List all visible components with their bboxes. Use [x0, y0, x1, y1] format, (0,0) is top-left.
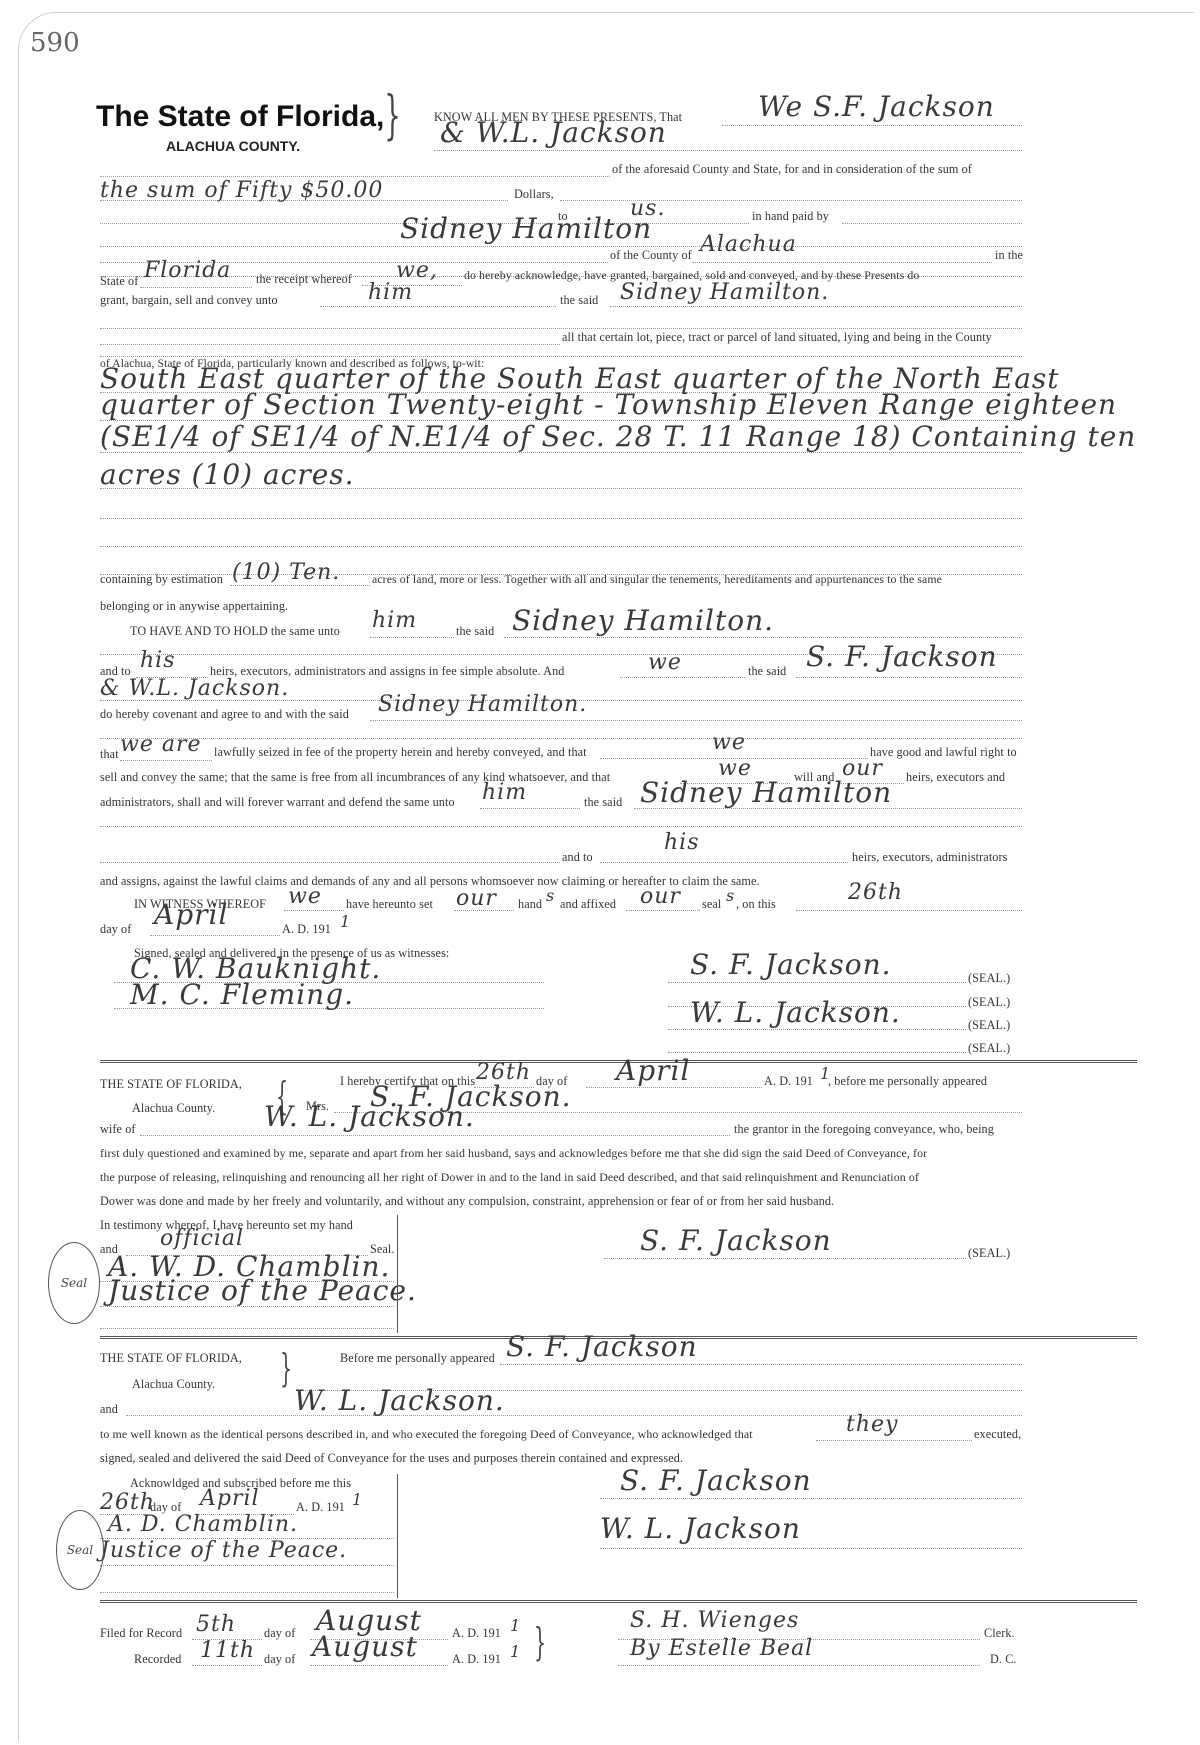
ack-person-1: S. F. Jackson	[506, 1330, 698, 1363]
line	[100, 328, 1022, 329]
signature-line-1	[668, 982, 966, 983]
line	[100, 862, 560, 863]
certify-month: April	[616, 1054, 690, 1087]
ack-officer: A. D. Chamblin.	[108, 1512, 298, 1537]
line	[626, 910, 700, 911]
clerk-name: S. H. Wienges	[630, 1608, 799, 1633]
legal-description-line-2: quarter of Section Twenty-eight - Townsh…	[100, 388, 1117, 421]
on-this-label: , on this	[736, 897, 776, 912]
filed-day: 5th	[196, 1612, 236, 1637]
recorded-year: 1	[510, 1642, 521, 1661]
ack-bracket	[397, 1474, 398, 1598]
ack-justice-seal-stamp: Seal	[56, 1510, 104, 1590]
filed-label: Filed for Record	[100, 1626, 182, 1641]
ack-month: April	[200, 1486, 260, 1511]
well-known-text: to me well known as the identical person…	[100, 1427, 753, 1442]
line	[150, 935, 280, 936]
line	[796, 677, 1022, 678]
recorded-label: Recorded	[134, 1652, 182, 1667]
line	[100, 1592, 394, 1593]
legal-description-line-4: acres (10) acres.	[100, 458, 355, 491]
grantor-handwritten-1: We S.F. Jackson	[758, 90, 995, 123]
ack-person-2: W. L. Jackson.	[294, 1384, 505, 1417]
ack-county: Alachua County.	[132, 1377, 215, 1392]
seal-2: (SEAL.)	[968, 995, 1010, 1010]
county-label: of the County of	[610, 248, 692, 263]
belonging-text: belonging or in anywise appertaining.	[100, 599, 288, 614]
ack-signed-text: signed, sealed and delivered the said De…	[100, 1451, 683, 1466]
clerk-label: Clerk.	[984, 1626, 1015, 1641]
witness-year: 1	[340, 912, 351, 931]
ack-signature-line-2	[600, 1548, 1022, 1549]
filed-day-of: day of	[264, 1626, 295, 1641]
ack-year: 1	[352, 1490, 363, 1509]
ack-signature-line-1	[600, 1498, 1022, 1499]
witness-day: 26th	[848, 880, 903, 905]
dower-signature: S. F. Jackson	[640, 1224, 832, 1257]
hand-value: s	[546, 886, 555, 905]
state-label: State of	[100, 274, 138, 289]
dower-para-1: first duly questioned and examined by me…	[100, 1146, 927, 1161]
dower-county: Alachua County.	[132, 1101, 215, 1116]
grantee-name: Sidney Hamilton	[400, 212, 652, 245]
receipt-label: the receipt whereof	[256, 272, 352, 287]
line	[100, 518, 1022, 519]
grantor-name-1: S. F. Jackson	[806, 640, 998, 673]
hand-label: hand	[518, 897, 542, 912]
day-of-label: day of	[100, 922, 131, 937]
signature-2: W. L. Jackson.	[690, 996, 901, 1029]
said-label: the said	[748, 664, 786, 679]
acres-text: acres of land, more or less. Together wi…	[372, 572, 942, 587]
sell-text: sell and convey the same; that the same …	[100, 770, 610, 785]
seal-3: (SEAL.)	[968, 1018, 1010, 1033]
line	[100, 1565, 394, 1566]
dower-state: THE STATE OF FLORIDA,	[100, 1077, 242, 1092]
line	[140, 1135, 730, 1136]
county-value: Alachua	[700, 232, 797, 257]
admin-text: administrators, shall and will forever w…	[100, 795, 455, 810]
line	[100, 738, 1022, 739]
line	[370, 637, 454, 638]
line	[610, 306, 1022, 307]
covenant-text: do hereby covenant and agree to and with…	[100, 707, 349, 722]
aforesaid-text: of the aforesaid County and State, for a…	[612, 162, 972, 177]
legal-description-line-3: (SE1/4 of SE1/4 of N.E1/4 of Sec. 28 T. …	[100, 420, 1136, 453]
state-value: Florida	[144, 258, 231, 283]
ack-signature-1: S. F. Jackson	[620, 1464, 812, 1497]
wife-of-value: W. L. Jackson.	[264, 1100, 475, 1133]
deputy-name: By Estelle Beal	[630, 1636, 813, 1661]
have-good-text: have good and lawful right to	[870, 745, 1017, 760]
grantee-said-value: Sidney Hamilton.	[620, 280, 829, 305]
heirs-exec-text: heirs, executors and	[906, 770, 1005, 785]
line	[816, 1440, 972, 1441]
seized-value: we	[712, 730, 746, 755]
recorded-day: 11th	[200, 1638, 255, 1663]
ack-state: THE STATE OF FLORIDA,	[100, 1351, 242, 1366]
line	[504, 637, 1022, 638]
and-value: we	[648, 650, 682, 675]
document-title: The State of Florida,	[96, 100, 384, 134]
line	[230, 585, 370, 586]
grantor-text: the grantor in the foregoing conveyance,…	[734, 1122, 994, 1137]
signature-line-3	[668, 1029, 966, 1030]
that-value: we are	[120, 732, 202, 757]
dower-para-2: the purpose of releasing, relinquishing …	[100, 1170, 919, 1185]
recorded-month: August	[312, 1630, 418, 1663]
deputy-label: D. C.	[990, 1652, 1017, 1667]
containing-value: (10) Ten.	[232, 560, 340, 585]
and-to-2-value: his	[664, 830, 700, 855]
to-have-value: him	[372, 608, 417, 633]
seized-text: lawfully seized in fee of the property h…	[214, 745, 587, 760]
line	[192, 1665, 262, 1666]
filed-ad-label: A. D. 191	[452, 1626, 501, 1641]
set-label: have hereunto set	[346, 897, 433, 912]
covenant-value: Sidney Hamilton.	[378, 692, 587, 717]
whereof-value: we	[288, 884, 322, 909]
executed-label: executed,	[974, 1427, 1021, 1442]
section-divider	[100, 1600, 1137, 1606]
and-label: and	[100, 1402, 118, 1417]
grant-label: grant, bargain, sell and convey unto	[100, 293, 278, 308]
line	[310, 1665, 448, 1666]
admin-value: him	[482, 780, 527, 805]
grantor-line-2	[434, 150, 1022, 151]
lot-text: all that certain lot, piece, tract or pa…	[562, 330, 992, 345]
line	[100, 546, 1022, 547]
grantor-handwritten-2: & W.L. Jackson	[440, 116, 667, 149]
containing-label: containing by estimation	[100, 572, 223, 587]
line	[100, 1328, 394, 1329]
ack-officer-title: Justice of the Peace.	[100, 1538, 347, 1563]
in-the-text: in the	[995, 248, 1023, 263]
ack-ad-label: A. D. 191	[296, 1500, 345, 1515]
line	[370, 720, 1022, 721]
that-label: that	[100, 747, 119, 762]
line	[500, 1364, 1022, 1365]
line	[120, 760, 212, 761]
grantee-name: Sidney Hamilton.	[512, 604, 774, 637]
line	[842, 223, 1022, 224]
seal-4: (SEAL.)	[968, 1041, 1010, 1056]
ack-brace: }	[280, 1346, 292, 1390]
justice-seal-stamp: Seal	[48, 1242, 100, 1324]
dower-bracket	[397, 1215, 398, 1333]
line	[100, 826, 1022, 827]
recorded-ad-label: A. D. 191	[452, 1652, 501, 1667]
affixed-label: and affixed	[560, 897, 616, 912]
heirs-exec-admin: heirs, executors, administrators	[852, 850, 1008, 865]
officer-title: Justice of the Peace.	[108, 1274, 417, 1307]
signature-line-4	[668, 1052, 966, 1053]
line	[480, 808, 580, 809]
witness-2: M. C. Fleming.	[130, 978, 354, 1011]
they-value: they	[846, 1412, 898, 1437]
dower-para-3: Dower was done and made by her freely an…	[100, 1194, 834, 1209]
wife-of-label: wife of	[100, 1122, 136, 1137]
line	[796, 910, 1022, 911]
ack-signature-2: W. L. Jackson	[600, 1512, 801, 1545]
filed-year: 1	[510, 1616, 521, 1635]
line	[692, 262, 992, 263]
admin-grantee: Sidney Hamilton	[640, 776, 892, 809]
grant-value: him	[368, 280, 413, 305]
line	[100, 344, 560, 345]
line	[586, 1087, 762, 1088]
the-said-label: the said	[560, 293, 598, 308]
recorded-day-of: day of	[264, 1652, 295, 1667]
header-brace: }	[384, 86, 401, 146]
appeared-text: , before me personally appeared	[828, 1074, 987, 1089]
witness-month: April	[154, 898, 228, 931]
the-said-label: the said	[456, 624, 494, 639]
before-me-label: Before me personally appeared	[340, 1351, 495, 1366]
and-to-value: his	[140, 648, 176, 673]
seal-label: seal	[702, 897, 721, 912]
signature-1: S. F. Jackson.	[690, 948, 892, 981]
line	[284, 910, 344, 911]
county-heading: ALACHUA COUNTY.	[166, 138, 300, 154]
dollars-label: Dollars,	[514, 187, 554, 202]
official-value: official	[160, 1226, 244, 1251]
seal-1: (SEAL.)	[968, 971, 1010, 986]
line	[600, 862, 848, 863]
grantor-line-1	[722, 125, 1022, 126]
seal-value: s	[726, 886, 735, 905]
line	[100, 246, 1022, 247]
line	[100, 176, 610, 177]
to-have-label: TO HAVE AND TO HOLD the same unto	[130, 624, 340, 639]
line	[620, 677, 745, 678]
recording-brace: }	[534, 1620, 546, 1664]
and-to-2-label: and to	[562, 850, 593, 865]
ad-label: A. D. 191	[764, 1074, 813, 1089]
grantor-name-2: & W.L. Jackson.	[100, 676, 289, 701]
admin-said-label: the said	[584, 795, 622, 810]
deputy-line	[618, 1665, 980, 1666]
amount-handwritten: the sum of Fifty $50.00	[100, 178, 383, 203]
ad-label: A. D. 191	[282, 922, 331, 937]
page-number: 590	[30, 28, 80, 58]
affixed-value: our	[640, 884, 681, 909]
paid-by-label: in hand paid by	[752, 209, 829, 224]
line	[320, 306, 556, 307]
dower-signature-line	[604, 1258, 966, 1259]
line	[140, 287, 252, 288]
dower-seal: (SEAL.)	[968, 1246, 1010, 1261]
set-value: our	[456, 886, 497, 911]
